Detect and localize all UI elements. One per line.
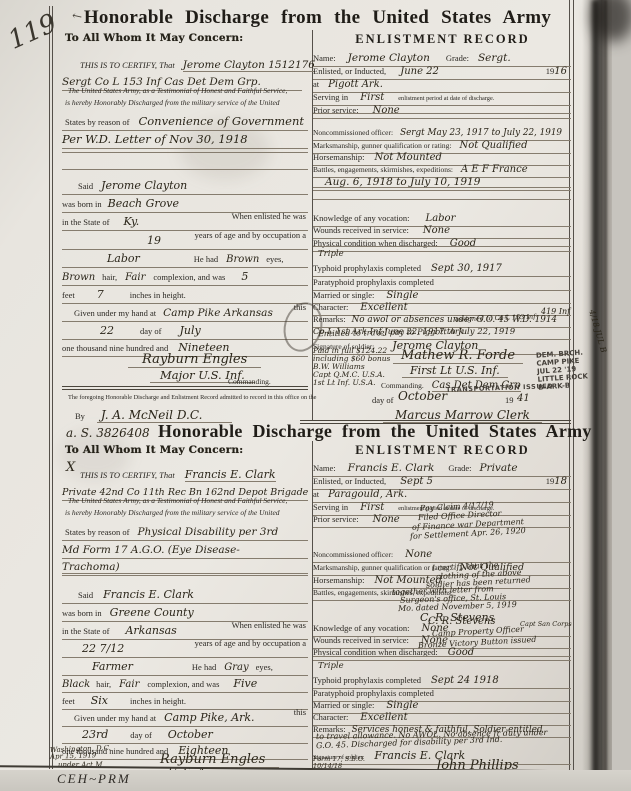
f2-blank-rule-1 [62,573,308,574]
f2-body-line-2: is hereby Honorably Discharged from the … [65,509,280,517]
f1-salutation: To All Whom It May Concern: [65,33,243,45]
f1-er-blank-1 [313,113,571,114]
f1-eyes-value: Brown [226,254,259,265]
f2-er-title: ENLISTMENT RECORD [315,444,570,458]
f2-reason-value: Physical Disability per 3rd [137,526,278,538]
f2-given-line: Given under my hand at Camp Pike, Ark. t… [62,708,308,727]
f2-er-prior-value: None [373,514,400,525]
f1-reason-value-2: Per W.D. Letter of Nov 30, 1918 [62,132,248,146]
f1-occupation-line: Labor He had Brown eyes, [62,249,308,268]
f2-place-value: Camp Pike, Ark. [164,711,254,724]
f2-said-name: Francis E. Clark [103,588,194,601]
f1-day-line: 22 day of July [62,321,308,340]
f1-reason-label: States by reason of [65,117,129,127]
f2-occupation-line: Farmer He had Gray eyes, [62,657,308,676]
f2-body-line-1: The United States Army, as a Testimonial… [68,497,287,505]
f2-reason-line-2: Md Form 17 A.G.O. (Eye Disease- [62,540,308,559]
f1-complexion-label: complexion, and was [153,272,225,282]
f2-born-value: Greene County [110,606,194,619]
f2-given-label: Given under my hand at [74,713,156,723]
f2-x-mark: X [66,461,75,475]
f2-when-label: When enlisted he was [232,621,306,630]
f1-age-value: 19 [147,234,161,247]
f2-serial-number: a. S. 3826408 [66,427,150,440]
f2-voc-rank: Capt San Corps [520,621,572,628]
f2-feet-label: feet [62,696,75,706]
f2-height-line: feet Six inches in height. [62,691,308,710]
f1-certify-label: THIS IS TO CERTIFY, That [80,60,175,70]
f2-er-prior-label: Prior service: [313,514,359,524]
f1-title: Honorable Discharge from the United Stat… [70,8,565,29]
f2-reason-value-3: Trachoma) [62,561,120,573]
f1-commanding-label: Commanding. [228,378,271,386]
f1-certify-line: THIS IS TO CERTIFY, That Jerome Clayton … [80,55,308,73]
f1-record-dayof: day of [372,396,393,405]
f2-title: Honorable Discharge from the United Stat… [158,422,578,442]
discharge-form-1: Honorable Discharge from the United Stat… [0,6,631,420]
f1-reason-value: Convenience of Government [138,114,304,128]
f1-inches-label: inches in height. [130,290,186,300]
f1-hair-value: Brown [62,272,95,283]
f1-born-label: was born in [62,199,102,209]
scanned-discharge-page: 119 ← Honorable Discharge from the Unite… [0,0,631,791]
f1-said-name: Jerome Clayton [101,179,187,192]
f1-feet-value: 5 [241,270,248,283]
f1-day-value: 22 [100,324,114,337]
f2-hair-value: Black [62,679,90,690]
f1-soldier-name: Jerome Clayton 1512176 [183,59,315,72]
f1-officer-signature: Rayburn Engles [128,350,261,368]
f2-voc-signature: C. R. Stevens [428,616,495,627]
f1-born-value: Beach Grove [108,197,179,210]
f2-complexion-label: complexion, and was [147,679,219,689]
f1-blank-rule-2 [62,169,308,170]
f1-dayof-label: day of [140,326,161,336]
f1-hair-line: Brown hair, Fair complexion, and was 5 [62,267,308,286]
f1-pay-stamp-line: 1st Lt Inf. U.S.A. [313,379,376,387]
f2-occupation-value: Farmer [92,660,133,673]
f2-inches-label: inches in height. [130,696,186,706]
f1-inches-value: 7 [97,288,104,301]
f1-age-label: years of age and by occupation a [195,231,306,240]
f1-place-value: Camp Pike Arkansas [163,307,273,319]
f2-this-label: this [294,708,306,717]
f1-eyes-label: eyes, [266,254,283,264]
discharge-form-2: a. S. 3826408 Honorable Discharge from t… [0,420,631,791]
f1-er-prior-line: Prior service: None [313,100,571,119]
f1-er-physical-value: Good [450,238,476,249]
f2-er-blank-1 [313,656,571,657]
f2-officer-signature: Rayburn Engles [146,750,279,768]
f1-state-value: Ky. [123,215,139,228]
footer-code: CEH~PRM [57,772,131,786]
f2-eyes-value: Gray [224,662,248,673]
f2-state-line: in the State of Arkansas When enlisted h… [62,621,308,640]
f1-occupation-value: Labor [107,252,140,265]
f1-margin-note-1: 419 Inf [541,308,570,317]
f1-reason-line-2: Per W.D. Letter of Nov 30, 1918 [62,130,308,149]
f2-salutation: To All Whom It May Concern: [65,445,243,457]
f1-state-line: in the State of Ky. When enlisted he was [62,212,308,231]
f1-record-note: The foregoing Honorable Discharge and En… [68,395,316,402]
f1-er-physical-line: Physical condition when discharged: Good [313,233,571,252]
f1-record-year-value: 41 [517,393,530,404]
f2-hair-line: Black hair, Fair complexion, and was Fiv… [62,674,308,693]
f1-camp-pike-stamp: DEM. BRCH. CAMP PIKE JUL 22 '19 LITTLE R… [536,348,589,391]
f2-state-label: in the State of [62,626,109,636]
f2-soldier-name: Francis E. Clark [185,468,276,482]
f1-left-double-rule [62,386,308,390]
f2-day-value: 23rd [82,728,108,741]
f2-inches-value: Six [91,694,108,707]
f2-dayof-label: day of [130,730,151,740]
f1-record-month: October [398,390,447,403]
f1-complexion-value: Fair [125,272,145,283]
f1-hehad-label: He had [194,254,218,264]
f2-age-value: 22 7/12 [82,642,124,655]
f1-er-blank-3 [313,199,571,200]
f2-reason-value-2: Md Form 17 A.G.O. (Eye Disease- [62,544,240,556]
f1-blank-rule-1 [62,152,308,153]
f1-month-value: July [179,324,200,337]
f1-hair-label: hair, [102,272,117,282]
f1-reason-line: States by reason of Convenience of Gover… [62,112,308,131]
f2-age-line: 22 7/12 years of age and by occupation a [62,639,308,658]
f1-feet-label: feet [62,290,75,300]
f2-hair-label: hair, [96,679,111,689]
f2-born-line: was born in Greene County [62,603,308,622]
f1-when-label: When enlisted he was [232,212,306,221]
f2-reason-line: States by reason of Physical Disability … [62,522,308,541]
f1-body-line-1: The United States Army, as a Testimonial… [68,87,287,95]
f1-given-line: Given under my hand at Camp Pike Arkansa… [62,303,308,322]
f1-record-year-prefix: 19 [505,396,514,405]
f1-said-line: Said Jerome Clayton [62,176,308,195]
f2-said-line: Said Francis E. Clark [62,585,308,604]
f1-age-line: 19 years of age and by occupation a [62,231,308,250]
f1-state-label: in the State of [62,217,109,227]
f1-body-line-2: is hereby Honorably Discharged from the … [65,99,280,107]
f1-said-label: Said [78,181,93,191]
f2-state-value: Arkansas [125,624,176,637]
f1-er-blank-2 [313,187,571,188]
f2-month-value: October [168,728,213,741]
f2-age-label: years of age and by occupation a [195,639,306,648]
f2-said-label: Said [78,590,93,600]
f1-er-blank-4 [313,246,571,247]
f1-er-prior-value: None [373,105,400,116]
f2-certify-label: THIS IS TO CERTIFY, That [80,470,175,480]
f2-reason-label: States by reason of [65,527,129,537]
f2-officer-name: Rayburn Engles [146,752,279,768]
f2-eyes-label: eyes, [256,662,273,672]
f1-er-title: ENLISTMENT RECORD [315,33,570,47]
f2-feet-value: Five [233,677,257,690]
f1-height-line: feet 7 inches in height. [62,285,308,304]
f2-complexion-value: Fair [119,679,139,690]
f1-margin-note-2: 4/18 JUL B [587,309,608,354]
f1-given-label: Given under my hand at [74,308,156,318]
f2-certify-line: THIS IS TO CERTIFY, That Francis E. Clar… [80,465,308,483]
f2-hehad-label: He had [192,662,216,672]
f1-born-line: was born in Beach Grove [62,194,308,213]
f2-born-label: was born in [62,608,102,618]
